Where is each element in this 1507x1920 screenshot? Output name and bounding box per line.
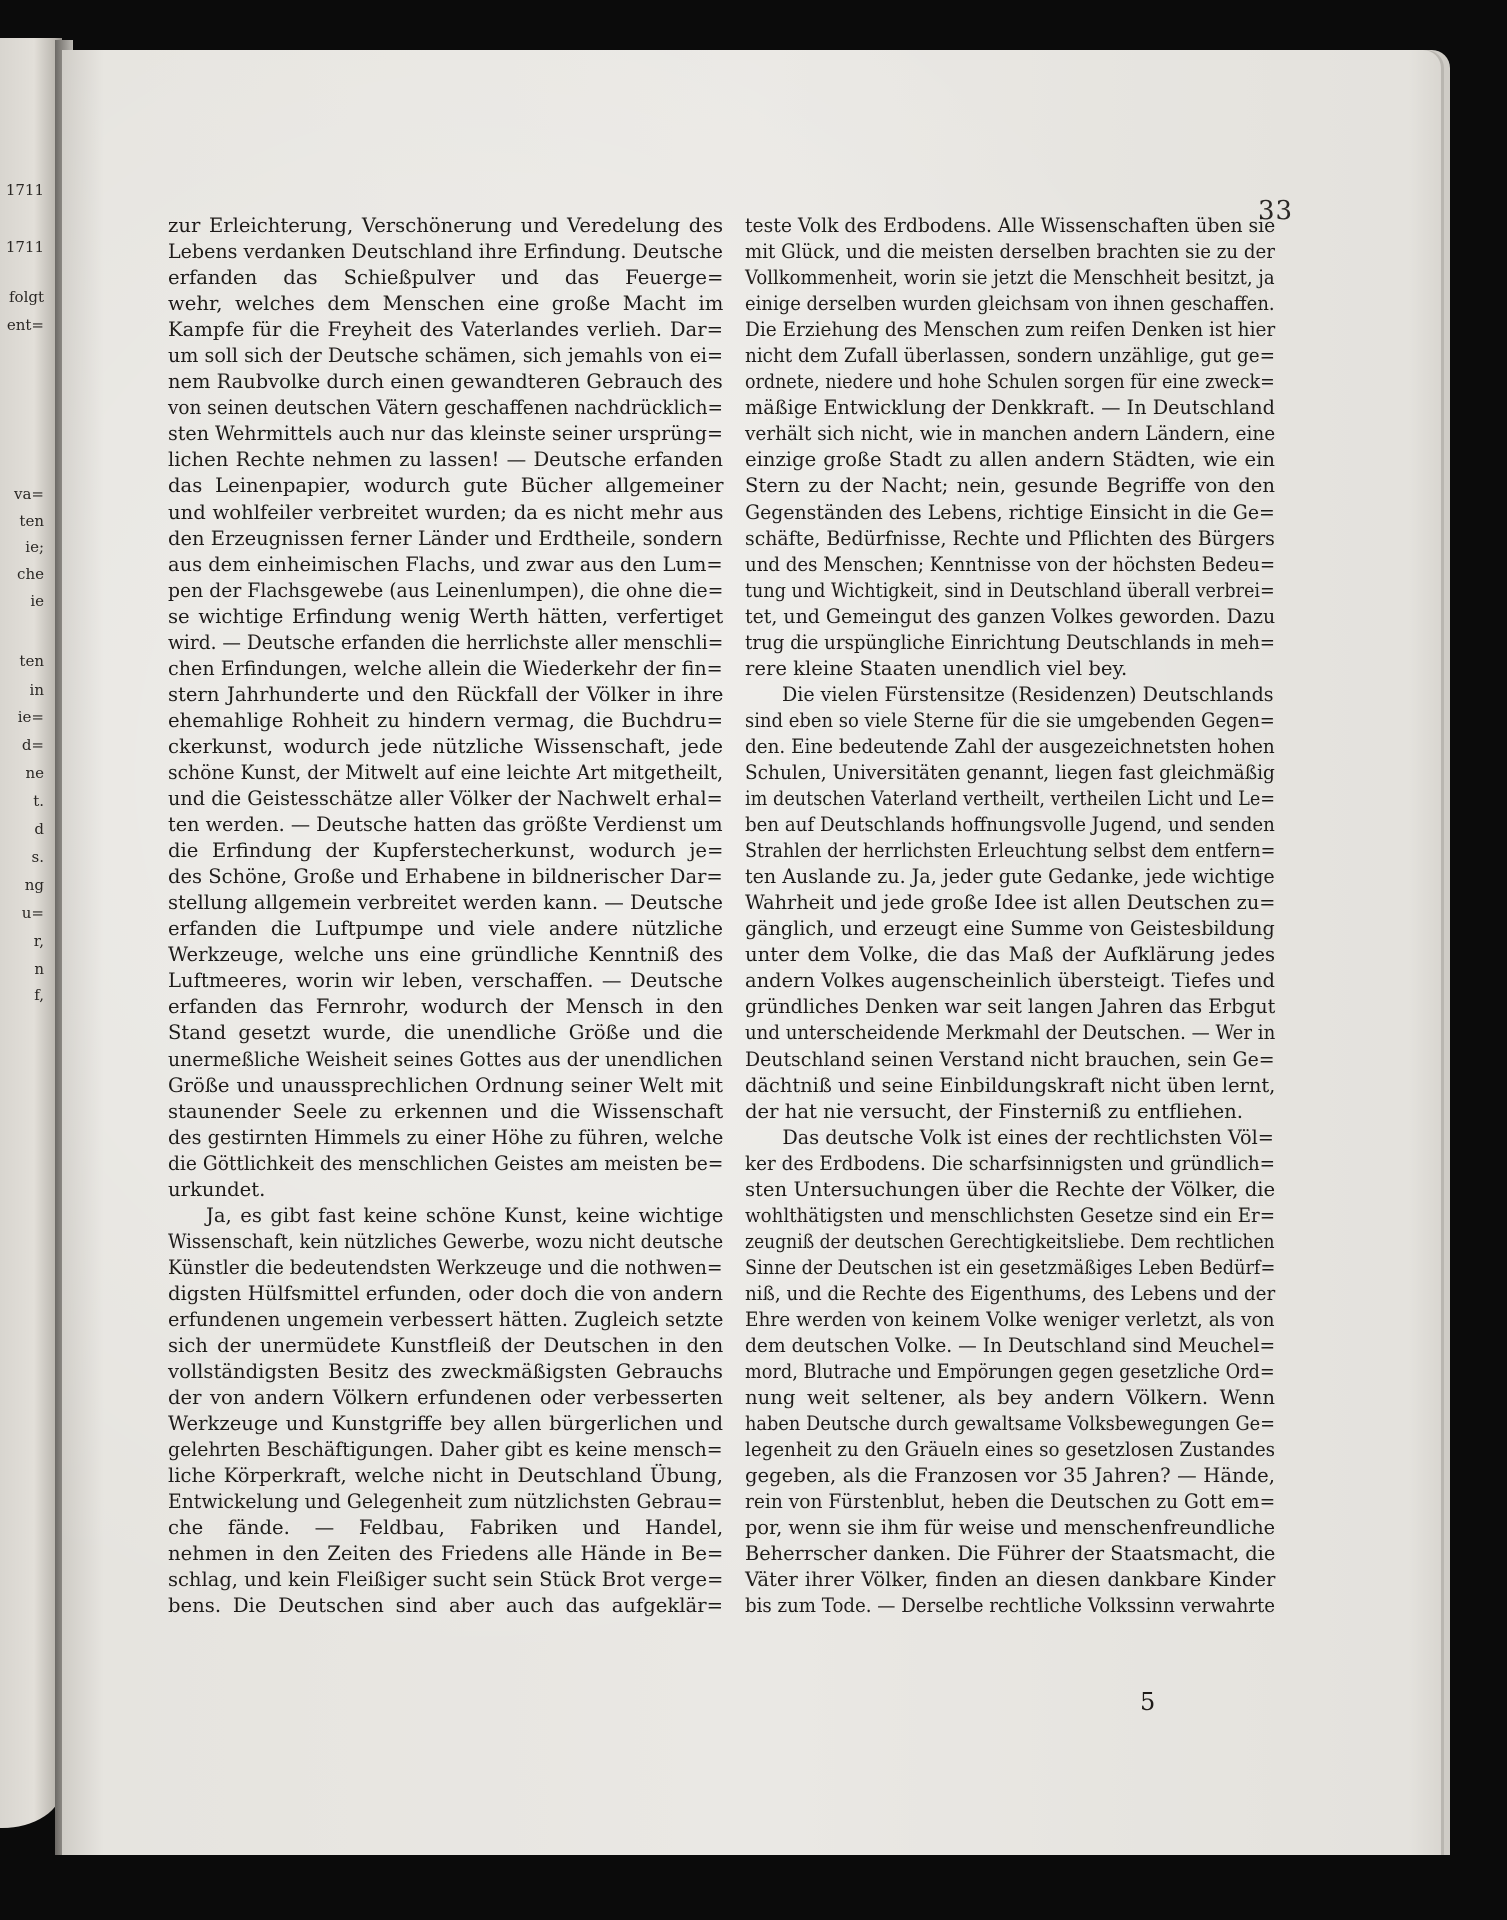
text-line: der von andern Völkern erfundenen oder v… xyxy=(168,1385,723,1411)
text-line: gänglich, und erzeugt eine Summe von Gei… xyxy=(745,916,1261,942)
text-line: rere kleine Staaten unendlich viel bey. xyxy=(745,656,1275,682)
text-line: verhält sich nicht, wie in manchen ander… xyxy=(745,421,1244,447)
text-line: ckerkunst, wodurch jede nützliche Wissen… xyxy=(168,734,723,760)
text-line: wird. — Deutsche erfanden die herrlichst… xyxy=(168,630,694,656)
text-line: nem Raubvolke durch einen gewandteren Ge… xyxy=(168,369,718,395)
text-line: wehr, welches dem Menschen eine große Ma… xyxy=(168,291,723,317)
text-line: stellung allgemein verbreitet werden kan… xyxy=(168,890,722,916)
text-line: unermeßliche Weisheit seines Gottes aus … xyxy=(168,1047,702,1073)
text-line: sich der unermüdete Kunstfleiß der Deuts… xyxy=(168,1333,723,1359)
text-line: der hat nie versucht, der Finsterniß zu … xyxy=(745,1099,1275,1125)
text-line: haben Deutsche durch gewaltsame Volksbew… xyxy=(745,1411,1225,1437)
text-line: che fände. — Feldbau, Fabriken und Hande… xyxy=(168,1515,723,1541)
text-line: dächtniß und seine Einbildungskraft nich… xyxy=(745,1073,1270,1099)
text-line: den. Eine bedeutende Zahl der ausgezeich… xyxy=(745,734,1241,760)
signature-mark: 5 xyxy=(1140,1688,1155,1716)
facing-page-fragment: ng xyxy=(0,878,44,893)
facing-page-fragment: ten xyxy=(0,514,44,529)
text-line: Ja, es gibt fast keine schöne Kunst, kei… xyxy=(168,1203,723,1229)
text-line: legenheit zu den Gräueln eines so gesetz… xyxy=(745,1437,1239,1463)
text-line: schöne Kunst, der Mitwelt auf eine leich… xyxy=(168,760,698,786)
facing-page-fragment: ten xyxy=(0,654,44,669)
text-line: lichen Rechte nehmen zu lassen! — Deutsc… xyxy=(168,447,723,473)
text-line: rein von Fürstenblut, heben die Deutsche… xyxy=(745,1489,1248,1515)
text-line: und wohlfeiler verbreitet wurden; da es … xyxy=(168,500,723,526)
text-line: staunender Seele zu erkennen und die Wis… xyxy=(168,1099,723,1125)
text-line: andern Volkes augenscheinlich übersteigt… xyxy=(745,968,1272,994)
facing-page-fragment: ie; xyxy=(0,540,44,555)
text-line: zur Erleichterung, Verschönerung und Ver… xyxy=(168,213,723,239)
text-line: und die Geistesschätze aller Völker der … xyxy=(168,786,713,812)
facing-page-edge: 17111711folgtent=va=tenie;cheieteninie=d… xyxy=(0,38,62,1828)
text-line: Vollkommenheit, worin sie jetzt die Mens… xyxy=(745,265,1233,291)
text-line: Das deutsche Volk ist eines der rechtlic… xyxy=(745,1125,1265,1151)
text-line: nehmen in den Zeiten des Friedens alle H… xyxy=(168,1541,723,1567)
text-line: um soll sich der Deutsche schämen, sich … xyxy=(168,343,709,369)
text-line: das Leinenpapier, wodurch gute Bücher al… xyxy=(168,473,723,499)
text-line: schäfte, Bedürfnisse, Rechte und Pflicht… xyxy=(745,526,1256,552)
text-line: einige derselben wurden gleichsam von ih… xyxy=(745,291,1231,317)
text-line: den Erzeugnissen ferner Länder und Erdth… xyxy=(168,526,720,552)
facing-page-fragment: 1711 xyxy=(0,240,44,255)
text-line: Ehre werden von keinem Volke weniger ver… xyxy=(745,1307,1246,1333)
text-line: gelehrten Beschäftigungen. Daher gibt es… xyxy=(168,1437,703,1463)
text-line: mit Glück, und die meisten derselben bra… xyxy=(745,239,1237,265)
text-line: ten Auslande zu. Ja, jeder gute Gedanke,… xyxy=(745,864,1260,890)
text-line: die Erfindung der Kupferstecherkunst, wo… xyxy=(168,838,723,864)
text-line: sten Wehrmittels auch nur das kleinste s… xyxy=(168,421,707,447)
facing-page-fragment: 1711 xyxy=(0,183,44,198)
text-line: ten werden. — Deutsche hatten das größte… xyxy=(168,812,712,838)
facing-page-fragment: d xyxy=(0,822,44,837)
text-line: mäßige Entwicklung der Denkkraft. — In D… xyxy=(745,395,1265,421)
text-line: Stand gesetzt wurde, die unendliche Größ… xyxy=(168,1020,723,1046)
text-line: Stern zu der Nacht; nein, gesunde Begrif… xyxy=(745,473,1275,499)
facing-page-fragment: che xyxy=(0,567,44,582)
text-line: nung weit seltener, als bey andern Völke… xyxy=(745,1385,1275,1411)
text-line: Wahrheit und jede große Idee ist allen D… xyxy=(745,890,1266,916)
text-line: und unterscheidende Merkmahl der Deutsch… xyxy=(745,1020,1235,1046)
text-line: Die vielen Fürstensitze (Residenzen) Deu… xyxy=(745,682,1260,708)
text-line: Beherrscher danken. Die Führer der Staat… xyxy=(745,1541,1268,1567)
facing-page-fragment: in xyxy=(0,683,44,698)
text-line: Gegenständen des Lebens, richtige Einsic… xyxy=(745,500,1256,526)
facing-page-fragment: s. xyxy=(0,850,44,865)
text-line: se wichtige Erfindung wenig Werth hätten… xyxy=(168,604,723,630)
text-line: urkundet. xyxy=(168,1177,723,1203)
text-line: von seinen deutschen Vätern geschaffenen… xyxy=(168,395,691,421)
text-line: Werkzeuge, welche uns eine gründliche Ke… xyxy=(168,942,723,968)
text-line: tung und Wichtigkeit, sind in Deutschlan… xyxy=(745,578,1220,604)
text-column-left: zur Erleichterung, Verschönerung und Ver… xyxy=(168,213,723,1620)
facing-page-fragment: t. xyxy=(0,794,44,809)
facing-page-fragment: d= xyxy=(0,738,44,753)
text-line: erfanden die Luftpumpe und viele andere … xyxy=(168,916,723,942)
text-line: trug die urspüngliche Einrichtung Deutsc… xyxy=(745,630,1237,656)
text-line: Werkzeuge und Kunstgriffe bey allen bürg… xyxy=(168,1411,723,1437)
text-line: bens. Die Deutschen sind aber auch das a… xyxy=(168,1593,723,1619)
text-line: Väter ihrer Völker, finden an diesen dan… xyxy=(745,1567,1275,1593)
text-line: por, wenn sie ihm für weise und menschen… xyxy=(745,1515,1267,1541)
facing-page-fragment: folgt xyxy=(0,290,44,305)
text-line: Deutschland seinen Verstand nicht brauch… xyxy=(745,1047,1256,1073)
facing-page-fragment: ne xyxy=(0,766,44,781)
text-line: Sinne der Deutschen ist ein gesetzmäßige… xyxy=(745,1255,1224,1281)
text-line: aus dem einheimischen Flachs, und zwar a… xyxy=(168,552,718,578)
facing-page-fragment: n xyxy=(0,962,44,977)
text-line: erfanden das Fernrohr, wodurch der Mensc… xyxy=(168,994,723,1020)
facing-page-fragment: va= xyxy=(0,487,44,502)
text-line: einzige große Stadt zu allen andern Städ… xyxy=(745,447,1275,473)
text-line: Wissenschaft, kein nützliches Gewerbe, w… xyxy=(168,1229,677,1255)
text-line: Lebens verdanken Deutschland ihre Erfind… xyxy=(168,239,707,265)
text-line: Kampfe für die Freyheit des Vaterlandes … xyxy=(168,317,723,343)
text-line: Entwickelung und Gelegenheit zum nützlic… xyxy=(168,1489,700,1515)
facing-page-fragment: ie xyxy=(0,594,44,609)
facing-page-fragment: r, xyxy=(0,934,44,949)
text-line: bis zum Tode. — Derselbe rechtliche Volk… xyxy=(745,1593,1236,1619)
text-line: des gestirnten Himmels zu einer Höhe zu … xyxy=(168,1125,711,1151)
text-line: erfanden das Schießpulver und das Feuerg… xyxy=(168,265,723,291)
text-line: zeugniß der deutschen Gerechtigkeitslieb… xyxy=(745,1229,1209,1255)
text-line: sind eben so viele Sterne für die sie um… xyxy=(745,708,1231,734)
text-line: unter dem Volke, die das Maß der Aufklär… xyxy=(745,942,1275,968)
text-line: vollständigsten Besitz des zweckmäßigste… xyxy=(168,1359,723,1385)
text-line: chen Erfindungen, welche allein die Wied… xyxy=(168,656,709,682)
text-line: niß, und die Rechte des Eigenthums, des … xyxy=(745,1281,1240,1307)
text-line: Größe und unaussprechlichen Ordnung sein… xyxy=(168,1073,723,1099)
facing-page-fragment: ent= xyxy=(0,318,44,333)
text-line: und des Menschen; Kenntnisse von der höc… xyxy=(745,552,1236,578)
text-line: sten Untersuchungen über die Rechte der … xyxy=(745,1177,1275,1203)
text-line: teste Volk des Erdbodens. Alle Wissensch… xyxy=(745,213,1253,239)
facing-page-fragment: ie= xyxy=(0,710,44,725)
facing-page-fragment: u= xyxy=(0,906,44,921)
text-line: dem deutschen Volke. — In Deutschland si… xyxy=(745,1333,1249,1359)
text-line: die Göttlichkeit des menschlichen Geiste… xyxy=(168,1151,695,1177)
text-line: Die Erziehung des Menschen zum reifen De… xyxy=(745,317,1245,343)
facing-page-fragment: f, xyxy=(0,988,44,1003)
text-line: gründliches Denken war seit langen Jahre… xyxy=(745,994,1259,1020)
text-line: tet, und Gemeingut des ganzen Volkes gew… xyxy=(745,604,1257,630)
text-line: gegeben, als die Franzosen vor 35 Jahren… xyxy=(745,1463,1275,1489)
text-line: pen der Flachsgewebe (aus Leinenlumpen),… xyxy=(168,578,700,604)
text-line: stern Jahrhunderte und den Rückfall der … xyxy=(168,682,723,708)
text-line: wohlthätigsten und menschlichsten Gesetz… xyxy=(745,1203,1239,1229)
text-line: schlag, und kein Fleißiger sucht sein St… xyxy=(168,1567,720,1593)
text-line: ehemahlige Rohheit zu hindern vermag, di… xyxy=(168,708,723,734)
text-line: erfundenen ungemein verbessert hätten. Z… xyxy=(168,1307,713,1333)
text-line: Künstler die bedeutendsten Werkzeuge und… xyxy=(168,1255,698,1281)
text-line: Strahlen der herrlichsten Erleuchtung se… xyxy=(745,838,1220,864)
text-line: liche Körperkraft, welche nicht in Deuts… xyxy=(168,1463,723,1489)
text-line: ordnete, niedere und hohe Schulen sorgen… xyxy=(745,369,1219,395)
text-line: des Schöne, Große und Erhabene in bildne… xyxy=(168,864,721,890)
text-line: Luftmeeres, worin wir leben, verschaffen… xyxy=(168,968,723,994)
text-column-right: teste Volk des Erdbodens. Alle Wissensch… xyxy=(745,213,1275,1620)
text-line: mord, Blutrache und Empörungen gegen ges… xyxy=(745,1359,1224,1385)
text-line: ben auf Deutschlands hoffnungsvolle Juge… xyxy=(745,812,1237,838)
text-line: im deutschen Vaterland vertheilt, verthe… xyxy=(745,786,1223,812)
text-line: nicht dem Zufall überlassen, sondern unz… xyxy=(745,343,1241,369)
text-line: Schulen, Universitäten genannt, liegen f… xyxy=(745,760,1246,786)
text-line: ker des Erdbodens. Die scharfsinnigsten … xyxy=(745,1151,1241,1177)
text-line: digsten Hülfsmittel erfunden, oder doch … xyxy=(168,1281,723,1307)
